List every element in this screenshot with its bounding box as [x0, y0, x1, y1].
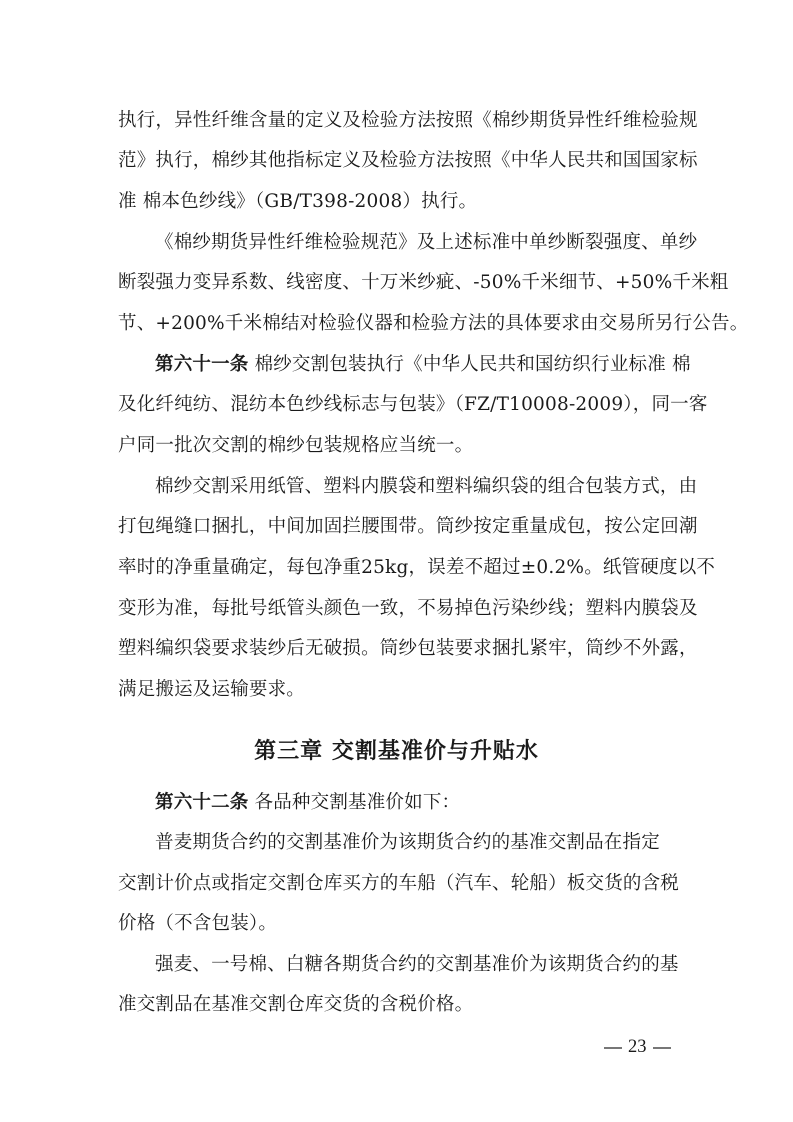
paragraph-pumai-line-2: 交割计价点或指定交割仓库买方的车船（汽车、轮船）板交货的含税	[118, 869, 679, 899]
paragraph-4-line-2: 打包绳缝口捆扎，中间加固拦腰围带。筒纱按定重量成包，按公定回潮	[118, 512, 698, 542]
paragraph-4-line-5: 塑料编织袋要求装纱后无破损。筒纱包装要求捆扎紧牢，筒纱不外露，	[118, 634, 698, 664]
dash-right-icon	[653, 1047, 671, 1049]
article-61-label: 第六十一条	[155, 354, 249, 375]
page-number-value: 23	[628, 1037, 647, 1057]
article-62-line-1: 第六十二条各品种交割基准价如下：	[155, 788, 460, 818]
article-61-line-1: 第六十一条棉纱交割包装执行《中华人民共和国纺织行业标准 棉	[155, 350, 691, 380]
article-61-text: 棉纱交割包装执行《中华人民共和国纺织行业标准 棉	[255, 354, 691, 375]
article-62-text: 各品种交割基准价如下：	[255, 792, 461, 813]
paragraph-qiangmai-line-2: 准交割品在基准交割仓库交货的含税价格。	[118, 990, 473, 1020]
article-62-label: 第六十二条	[155, 792, 249, 813]
page-number: 23	[598, 1034, 677, 1060]
paragraph-1-line-3: 准 棉本色纱线》（GB/T398-2008）执行。	[118, 187, 477, 217]
document-page: 执行，异性纤维含量的定义及检验方法按照《棉纱期货异性纤维检验规 范》执行，棉纱其…	[0, 0, 793, 1122]
paragraph-2-line-2: 断裂强力变异系数、线密度、十万米纱疵、-50%千米细节、+50%千米粗	[118, 268, 729, 298]
paragraph-2-line-3: 节、+200%千米棉结对检验仪器和检验方法的具体要求由交易所另行公告。	[118, 309, 748, 339]
paragraph-2-line-1: 《棉纱期货异性纤维检验规范》及上述标准中单纱断裂强度、单纱	[155, 228, 697, 258]
paragraph-4-line-3: 率时的净重量确定，每包净重25kg，误差不超过±0.2%。纸管硬度以不	[118, 553, 715, 583]
paragraph-1-line-2: 范》执行，棉纱其他指标定义及检验方法按照《中华人民共和国国家标	[118, 146, 698, 176]
article-61-line-3: 户同一批次交割的棉纱包装规格应当统一。	[118, 431, 473, 461]
paragraph-qiangmai-line-1: 强麦、一号棉、白糖各期货合约的交割基准价为该期货合约的基	[155, 950, 679, 980]
paragraph-4-line-4: 变形为准，每批号纸管头颜色一致，不易掉色污染纱线；塑料内膜袋及	[118, 594, 698, 624]
dash-left-icon	[604, 1047, 622, 1049]
paragraph-pumai-line-1: 普麦期货合约的交割基准价为该期货合约的基准交割品在指定	[155, 828, 660, 858]
chapter-heading: 第三章 交割基准价与升贴水	[0, 737, 793, 767]
paragraph-pumai-line-3: 价格（不含包装）。	[118, 909, 277, 939]
article-61-line-2: 及化纤纯纺、混纺本色纱线标志与包装》（FZ/T10008-2009），同一客	[118, 390, 708, 420]
paragraph-4-line-1: 棉纱交割采用纸管、塑料内膜袋和塑料编织袋的组合包装方式，由	[155, 472, 697, 502]
paragraph-1-line-1: 执行，异性纤维含量的定义及检验方法按照《棉纱期货异性纤维检验规	[118, 106, 698, 136]
paragraph-4-line-6: 满足搬运及运输要求。	[118, 675, 305, 705]
